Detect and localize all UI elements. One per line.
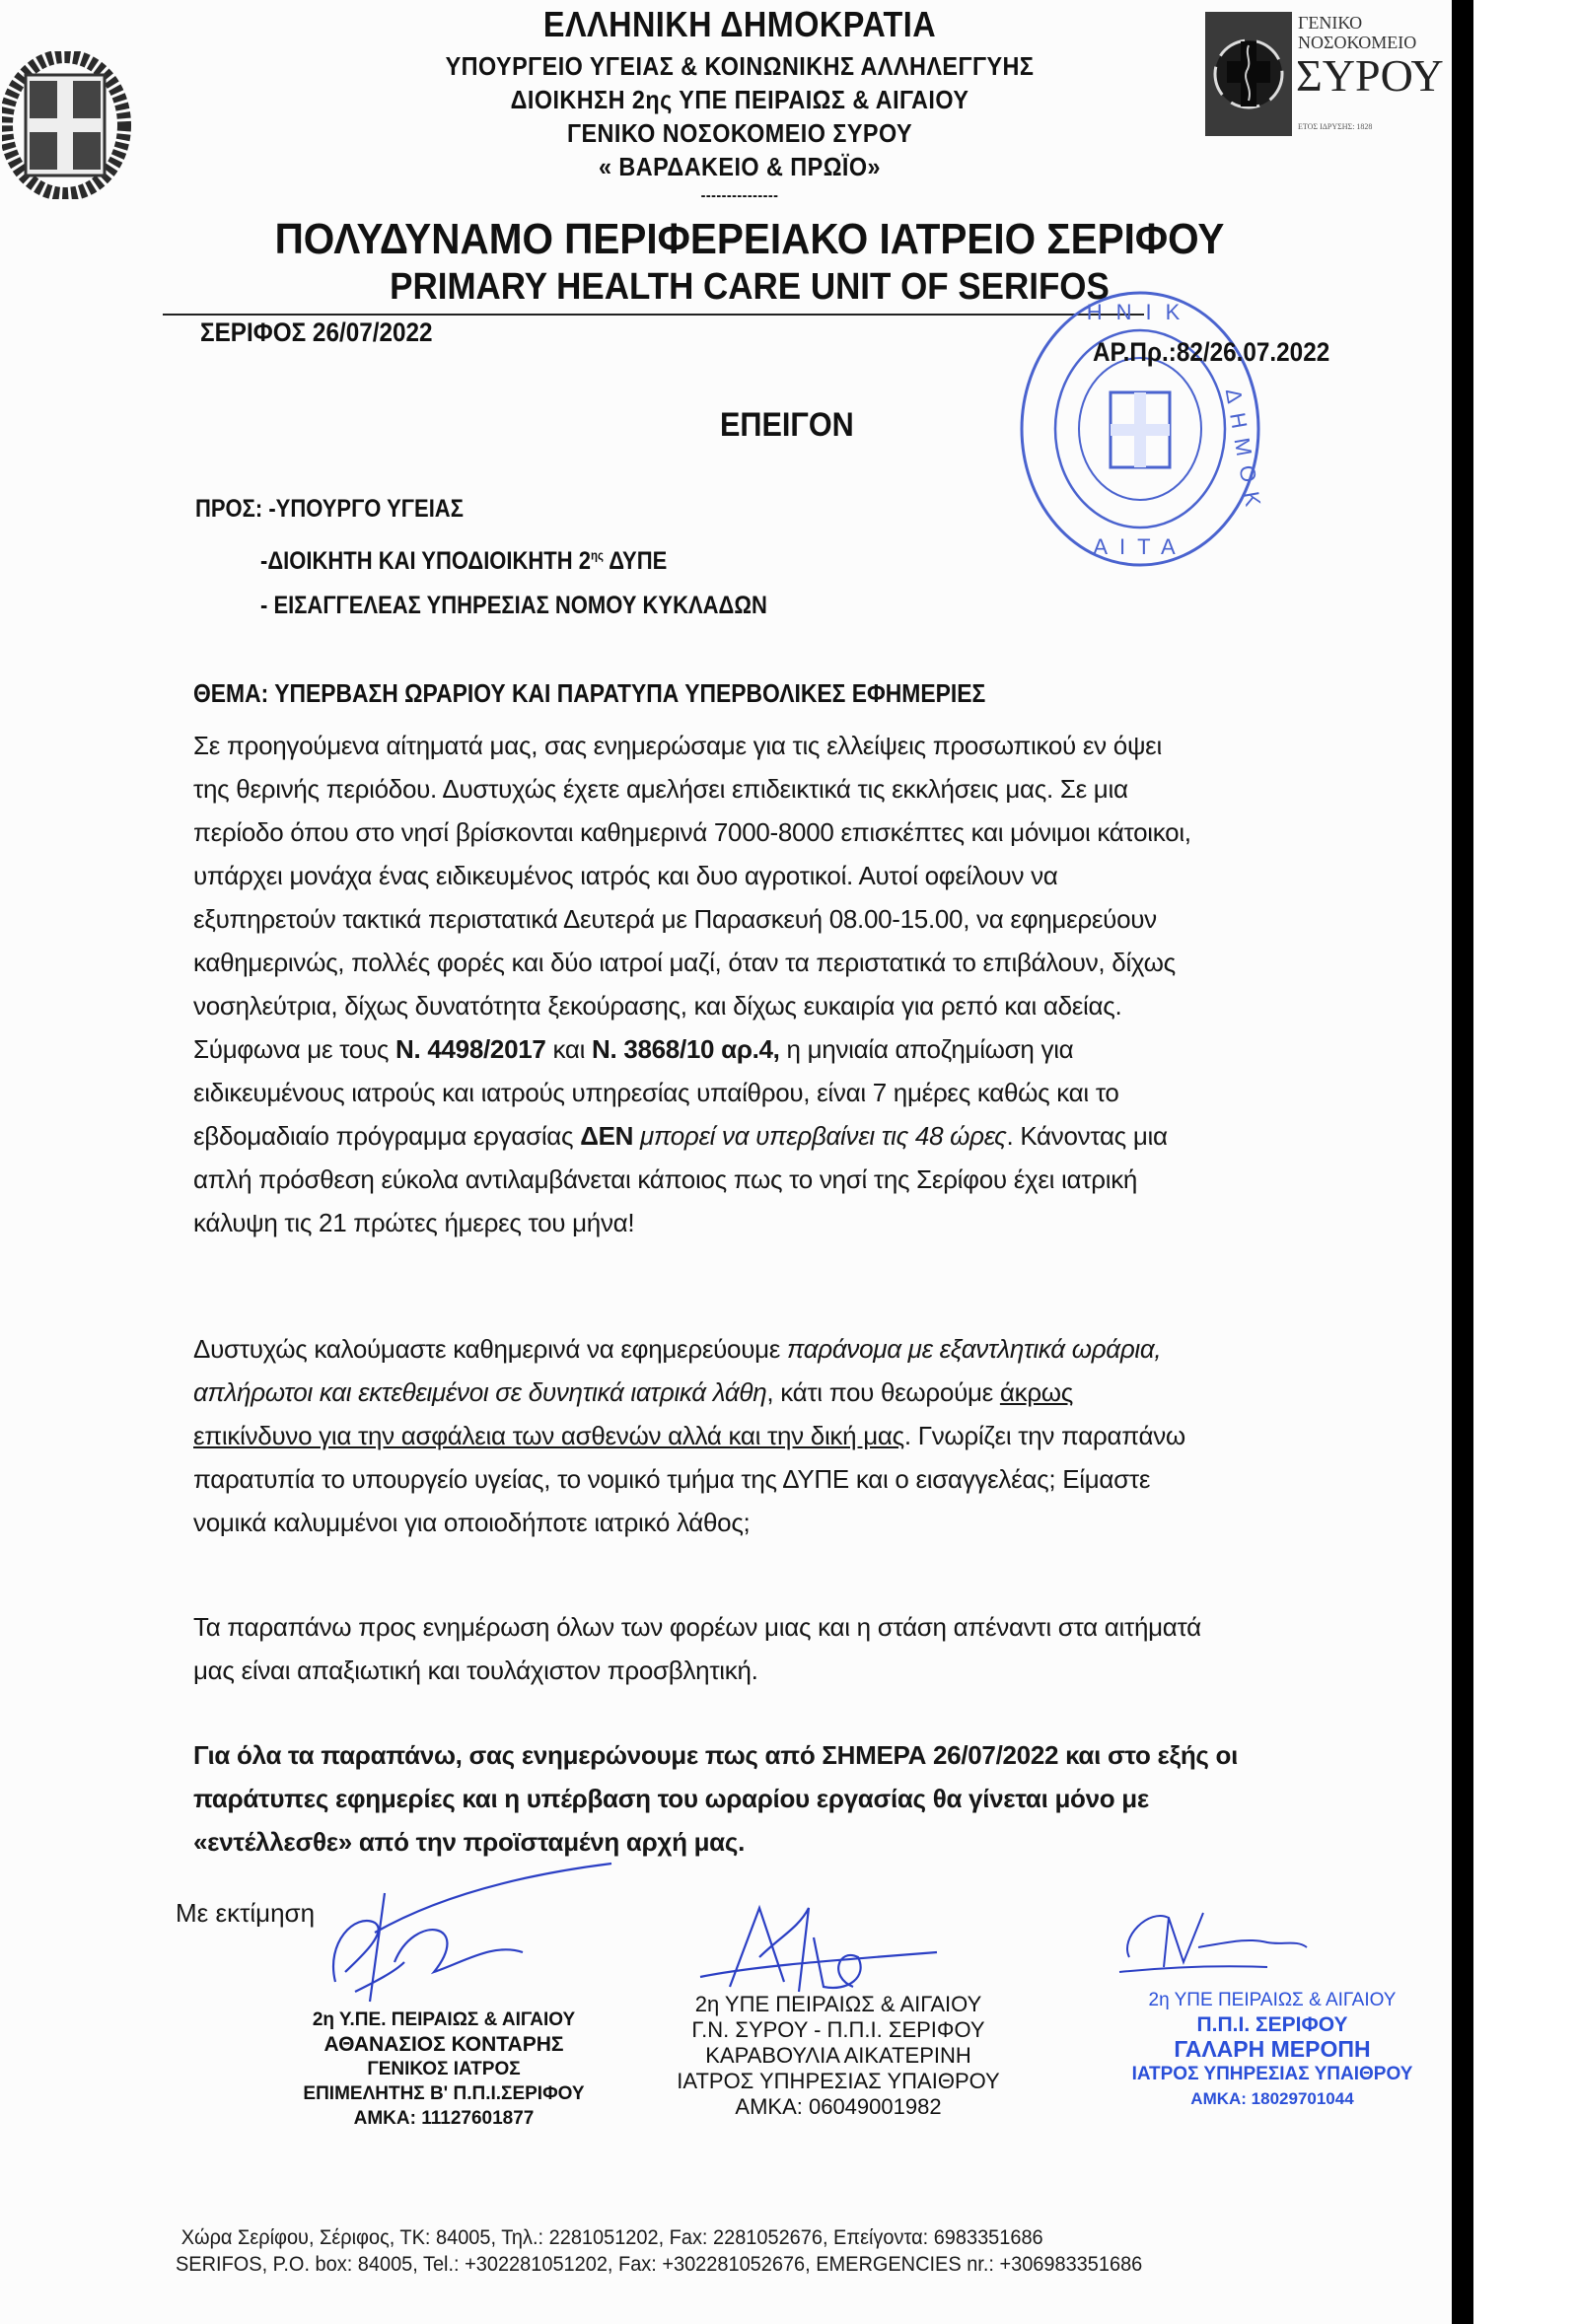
closing-salutation: Με εκτίμηση: [176, 1891, 315, 1935]
footer-contact: Χώρα Σερίφου, Σέριφος, ΤΚ: 84005, Τηλ.: …: [176, 2224, 1142, 2278]
footer-english: SERIFOS, P.O. box: 84005, Tel.: +3022810…: [176, 2251, 1142, 2278]
recipients: ΠΡΟΣ: -ΥΠΟΥΡΓΟ ΥΓΕΙΑΣ: [195, 495, 464, 524]
paragraph-1: Σε προηγούμενα αίτηματά μας, σας ενημερώ…: [193, 724, 1406, 1244]
official-round-stamp-icon: ΗΝΙΚ ΔΗΜΟΚ ΑΙΤΑ: [1014, 286, 1266, 572]
header-separator: ---------------: [340, 187, 1139, 205]
paragraph-3: Τα παραπάνω προς ενημέρωση όλων των φορέ…: [193, 1605, 1406, 1692]
paragraph-4: Για όλα τα παραπάνω, σας ενημερώνουμε πω…: [193, 1733, 1406, 1864]
signatory-1: 2η Υ.ΠΕ. ΠΕΙΡΑΙΩΣ & ΑΙΓΑΙΟΥ ΑΘΑΝΑΣΙΟΣ ΚΟ…: [286, 2007, 602, 2131]
document-page: ΕΛΛΗΝΙΚΗ ΔΗΜΟΚΡΑΤΙΑ ΥΠΟΥΡΓΕΙΟ ΥΓΕΙΑΣ & Κ…: [0, 0, 1452, 2324]
signatory-3: 2η ΥΠΕ ΠΕΙΡΑΙΩΣ & ΑΙΓΑΙΟΥ Π.Π.Ι. ΣΕΡΙΦΟΥ…: [1090, 1988, 1455, 2111]
svg-text:ΔΗΜΟΚ: ΔΗΜΟΚ: [1221, 387, 1266, 518]
signature-2-icon: [690, 1898, 947, 2007]
header-hospital: ΓΕΝΙΚΟ ΝΟΣΟΚΟΜΕΙΟ ΣΥΡΟΥ: [340, 118, 1139, 149]
protocol-number: ΑΡ.Πρ.:82/26.07.2022: [1093, 337, 1329, 368]
footer-greek: Χώρα Σερίφου, Σέριφος, ΤΚ: 84005, Τηλ.: …: [176, 2224, 1142, 2251]
header-rule: [163, 314, 1144, 316]
logo-line2: ΝΟΣΟΚΟΜΕΙΟ: [1298, 34, 1416, 51]
header-republic: ΕΛΛΗΝΙΚΗ ΔΗΜΟΚΡΑΤΙΑ: [340, 4, 1139, 45]
recipients-label: ΠΡΟΣ:: [195, 495, 262, 523]
svg-text:ΗΝΙΚ: ΗΝΙΚ: [1087, 300, 1194, 324]
unit-title-greek: ΠΟΛΥΔΥΝΑΜΟ ΠΕΡΙΦΕΡΕΙΑΚΟ ΙΑΤΡΕΙΟ ΣΕΡΙΦΟΥ: [242, 215, 1257, 264]
scan-edge-bar: [1452, 0, 1473, 2324]
recipient-item: -ΔΙΟΙΚΗΤΗ ΚΑΙ ΥΠΟΔΙΟΙΚΗΤΗ 2ης ΔΥΠΕ: [260, 547, 667, 576]
recipient-item: -ΥΠΟΥΡΓΟ ΥΓΕΙΑΣ: [268, 495, 464, 523]
svg-text:ΑΙΤΑ: ΑΙΤΑ: [1093, 534, 1186, 559]
subject-line: ΘΕΜΑ: ΥΠΕΡΒΑΣΗ ΩΡΑΡΙΟΥ ΚΑΙ ΠΑΡΑΤΥΠΑ ΥΠΕΡ…: [193, 678, 985, 709]
header-administration: ΔΙΟΙΚΗΣΗ 2ης ΥΠΕ ΠΕΙΡΑΙΩΣ & ΑΙΓΑΙΟΥ: [340, 85, 1139, 115]
paragraph-2: Δυστυχώς καλούμαστε καθημερινά να εφημερ…: [193, 1327, 1406, 1544]
header-ministry: ΥΠΟΥΡΓΕΙΟ ΥΓΕΙΑΣ & ΚΟΙΝΩΝΙΚΗΣ ΑΛΛΗΛΕΓΓΥΗ…: [340, 51, 1139, 82]
signature-3-icon: [1110, 1898, 1317, 1987]
urgency-label: ΕΠΕΙΓΟΝ: [720, 406, 854, 445]
greek-coat-of-arms-icon: [2, 51, 132, 199]
signatory-2: 2η ΥΠΕ ΠΕΙΡΑΙΩΣ & ΑΙΓΑΙΟΥ Γ.Ν. ΣΥΡΟΥ - Π…: [656, 1992, 1021, 2120]
signature-1-icon: [296, 1854, 651, 2021]
hospital-cross-dolphins-icon: [1205, 12, 1292, 136]
header-hospital-name: « ΒΑΡΔΑΚΕΙΟ & ΠΡΩΪΟ»: [340, 152, 1139, 182]
law-reference-line: Σύμφωνα με τους Ν. 4498/2017 και Ν. 3868…: [193, 1027, 1406, 1071]
hospital-logo: ΓΕΝΙΚΟ ΝΟΣΟΚΟΜΕΙΟ ΣΥΡΟΥ ΕΤΟΣ ΙΔΡΥΣΗΣ: 18…: [1205, 12, 1454, 140]
logo-line1: ΓΕΝΙΚΟ: [1298, 14, 1362, 32]
recipient-item: - ΕΙΣΑΓΓΕΛΕΑΣ ΥΠΗΡΕΣΙΑΣ ΝΟΜΟΥ ΚΥΚΛΑΔΩΝ: [260, 592, 767, 620]
place-date: ΣΕΡΙΦΟΣ 26/07/2022: [200, 317, 433, 348]
logo-line4: ΕΤΟΣ ΙΔΡΥΣΗΣ: 1828: [1298, 122, 1372, 131]
logo-line3: ΣΥΡΟΥ: [1296, 51, 1444, 101]
